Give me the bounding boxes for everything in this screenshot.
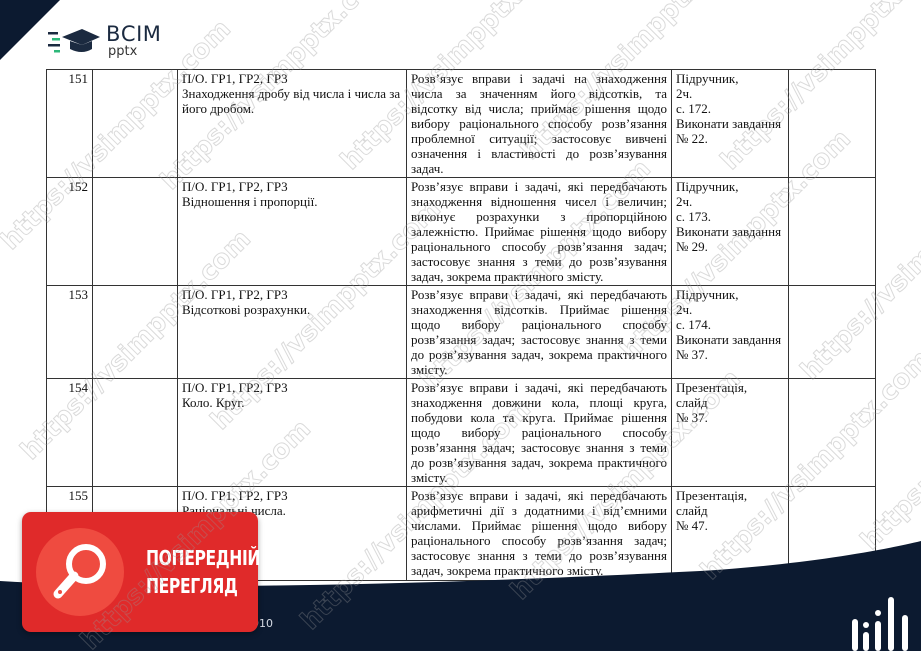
lesson-date	[93, 286, 178, 379]
lesson-topic: П/О. ГР1, ГР2, ГР3Знаходження дробу від …	[178, 70, 407, 178]
homework-line: Підручник,	[676, 287, 784, 302]
lesson-topic: П/О. ГР1, ГР2, ГР3Коло. Круг.	[178, 379, 407, 487]
topic-title: Знаходження дробу від числа і числа за й…	[182, 86, 402, 116]
lesson-homework: Підручник,2ч.с. 172.Виконати завдання№ 2…	[672, 70, 789, 178]
logo-brand: ВСІМ	[106, 24, 161, 45]
preview-label-line2: ПЕРЕГЛЯД	[146, 572, 260, 600]
lesson-date	[93, 379, 178, 487]
homework-line: Презентація,	[676, 488, 784, 503]
topic-group: П/О. ГР1, ГР2, ГР3	[182, 488, 402, 503]
homework-line: № 47.	[676, 518, 784, 533]
lesson-homework: Підручник,2ч.с. 173.Виконати завдання№ 2…	[672, 178, 789, 286]
lesson-date	[93, 70, 178, 178]
lesson-homework: Презентація,слайд№ 37.	[672, 379, 789, 487]
site-logo[interactable]: ВСІМ pptx	[48, 24, 161, 58]
homework-line: Виконати завдання	[676, 116, 784, 131]
homework-line: Виконати завдання	[676, 224, 784, 239]
lesson-activity: Розв’язує вправи і задачі, які передбача…	[407, 487, 672, 581]
topic-title: Коло. Круг.	[182, 395, 402, 410]
homework-line: № 37.	[676, 410, 784, 425]
homework-line: Виконати завдання	[676, 332, 784, 347]
homework-line: 2ч.	[676, 194, 784, 209]
topic-group: П/О. ГР1, ГР2, ГР3	[182, 380, 402, 395]
preview-button[interactable]: ПОПЕРЕДНІЙ ПЕРЕГЛЯД	[22, 512, 258, 632]
homework-line: № 37.	[676, 347, 784, 362]
lesson-number: 154	[47, 379, 93, 487]
homework-line: Презентація,	[676, 380, 784, 395]
table-row: 154П/О. ГР1, ГР2, ГР3Коло. Круг.Розв’язу…	[47, 379, 876, 487]
lesson-number: 153	[47, 286, 93, 379]
lesson-activity: Розв’язує вправи і задачі на знаходження…	[407, 70, 672, 178]
lesson-date	[93, 178, 178, 286]
lesson-topic: П/О. ГР1, ГР2, ГР3Відсоткові розрахунки.	[178, 286, 407, 379]
homework-line: слайд	[676, 503, 784, 518]
graduation-cap-icon	[48, 27, 100, 55]
table-row: 151П/О. ГР1, ГР2, ГР3Знаходження дробу в…	[47, 70, 876, 178]
homework-line: № 29.	[676, 239, 784, 254]
homework-line: № 22.	[676, 131, 784, 146]
table-row: 152П/О. ГР1, ГР2, ГР3Відношення і пропор…	[47, 178, 876, 286]
lesson-number: 151	[47, 70, 93, 178]
lesson-notes	[789, 70, 876, 178]
lesson-notes	[789, 487, 876, 581]
homework-line: Підручник,	[676, 71, 784, 86]
logo-subtitle: pptx	[108, 45, 161, 58]
lesson-activity: Розв’язує вправи і задачі, які передбача…	[407, 178, 672, 286]
homework-line: с. 172.	[676, 101, 784, 116]
topic-title: Відношення і пропорції.	[182, 194, 402, 209]
lesson-topic: П/О. ГР1, ГР2, ГР3Відношення і пропорції…	[178, 178, 407, 286]
topic-title: Відсоткові розрахунки.	[182, 302, 402, 317]
homework-line: Підручник,	[676, 179, 784, 194]
table-row: 153П/О. ГР1, ГР2, ГР3Відсоткові розрахун…	[47, 286, 876, 379]
magnifier-icon	[36, 528, 124, 616]
lesson-number: 152	[47, 178, 93, 286]
preview-label-line1: ПОПЕРЕДНІЙ	[146, 544, 260, 572]
lesson-plan-table: 151П/О. ГР1, ГР2, ГР3Знаходження дробу в…	[46, 69, 876, 581]
lesson-notes	[789, 379, 876, 487]
topic-group: П/О. ГР1, ГР2, ГР3	[182, 287, 402, 302]
lesson-activity: Розв’язує вправи і задачі, які передбача…	[407, 379, 672, 487]
lesson-notes	[789, 178, 876, 286]
homework-line: с. 173.	[676, 209, 784, 224]
topic-group: П/О. ГР1, ГР2, ГР3	[182, 71, 402, 86]
homework-line: слайд	[676, 395, 784, 410]
lesson-activity: Розв’язує вправи і задачі, які передбача…	[407, 286, 672, 379]
homework-line: 2ч.	[676, 302, 784, 317]
homework-line: 2ч.	[676, 86, 784, 101]
lesson-homework: Підручник,2ч.с. 174.Виконати завдання№ 3…	[672, 286, 789, 379]
topic-group: П/О. ГР1, ГР2, ГР3	[182, 179, 402, 194]
homework-line: с. 174.	[676, 317, 784, 332]
lesson-homework: Презентація,слайд№ 47.	[672, 487, 789, 581]
lesson-notes	[789, 286, 876, 379]
